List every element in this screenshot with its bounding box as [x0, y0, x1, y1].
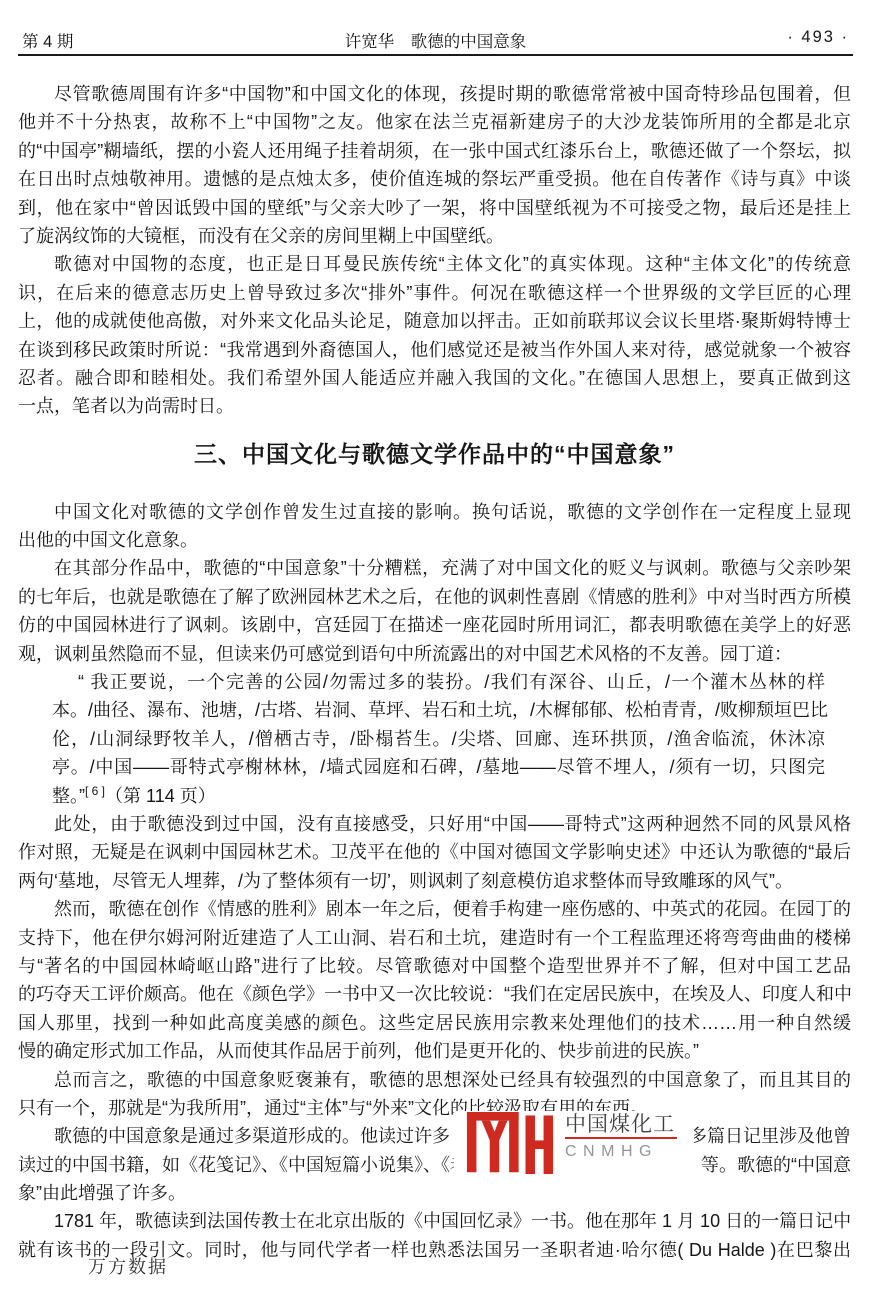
text-line: 在其部分作品中，歌德的“中国意象”十分糟糕，充满了对中国文化的贬义与讽刺。歌德与… [18, 554, 851, 582]
quote-line: “ 我正要说，一个完善的公园/勿需过多的装扮。/我们有深谷、山丘，/一个灌木丛林… [52, 668, 825, 696]
watermark-text: 中国煤化工 CNMHG [565, 1111, 677, 1161]
quote-block: “ 我正要说，一个完善的公园/勿需过多的装扮。/我们有深谷、山丘，/一个灌木丛林… [52, 668, 825, 810]
quote-line: 本。/曲径、瀑布、池塘，/古塔、岩洞、草坪、岩石和土坑，/木樨郁郁、松柏青青，/… [52, 696, 825, 724]
text-line: 总而言之，歌德的中国意象贬褒兼有，歌德的思想深处已经具有较强烈的中国意象了，而且… [18, 1066, 851, 1094]
text-line: 国人那里，找到一种如此高度美感的颜色。这些定居民族用宗教来处理他们的技术……用一… [18, 1009, 851, 1037]
text-line: 只有一个，那就是“为我所用”，通过“主体”与“外来”文化的比较汲取有用的东西。 [18, 1094, 851, 1122]
text-line: 识，在后来的德意志历史上曾导致过多次“排外”事件。何况在歌德这样一个世界级的文学… [18, 279, 851, 307]
text-line: 到，他在家中“曾因诋毁中国的壁纸”与父亲大吵了一架，将中国壁纸视为不可接受之物，… [18, 194, 851, 222]
text-line: 忍者。融合即和睦相处。我们希望外国人能适应并融入我国的文化。”在德国人思想上，要… [18, 364, 851, 392]
header-rule [18, 54, 853, 56]
split-line-left: 象”由此增强了许多。 [18, 1179, 186, 1207]
wanfang-watermark: 万方数据 [88, 1253, 168, 1279]
running-title: 许宽华 歌德的中国意象 [18, 28, 853, 52]
text-line-split: 象”由此增强了许多。 [18, 1179, 851, 1207]
cnmhg-logo-icon [466, 1112, 554, 1174]
footnote-ref: [ 6 ] [85, 784, 105, 798]
footnote-page-ref: （第 114 页） [105, 786, 216, 806]
scanned-paper-page: 第 4 期 许宽华 歌德的中国意象 · 493 · 尽管歌德周围有许多“中国物”… [0, 0, 871, 1300]
split-line-left: 读过的中国书籍，如《花笺记》、《中国短篇小说集》、《老生 [18, 1151, 486, 1179]
text-line: 两句‘墓地，尽管无人埋葬，/为了整体须有一切’，则讽刺了刻意模仿追求整体而导致雕… [18, 867, 851, 895]
text-line: 慢的确定形式加工作品，从而使其作品居于前列，他们是更开化的、快步前进的民族。” [18, 1037, 851, 1065]
text-line: 了旋涡纹饰的大镜框，而没有在父亲的房间里糊上中国壁纸。 [18, 222, 851, 250]
text-line: 仿的中国园林进行了讽刺。该剧中，宫廷园丁在描述一座花园时所用词汇，都表明歌德在美… [18, 611, 851, 639]
text-line: 1781 年，歌德读到法国传教士在北京出版的《中国回忆录》一书。他在那年 1 月… [18, 1207, 851, 1235]
text-line: 与“著名的中国园林崎岖山路”进行了比较。尽管歌德对中国整个造型世界并不了解，但对… [18, 952, 851, 980]
quote-end-text: 整。” [52, 786, 85, 806]
page-number: · 493 · [787, 28, 849, 47]
split-line-left: 歌德的中国意象是通过多渠道形成的。他读过许多 [54, 1122, 450, 1150]
text-line: 他并不十分热衷，故称不上“中国物”之友。他家在法兰克福新建房子的大沙龙装饰所用的… [18, 108, 851, 136]
quote-last-line: 整。”[ 6 ]（第 114 页） [52, 782, 825, 810]
text-line: 然而，歌德在创作《情感的胜利》剧本一年之后，便着手构建一座伤感的、中英式的花园。… [18, 895, 851, 923]
text-line-split: 歌德的中国意象是通过多渠道形成的。他读过许多多篇日记里涉及他曾 [18, 1122, 851, 1150]
split-line-right: 多篇日记里涉及他曾 [689, 1122, 851, 1150]
text-line: 此处，由于歌德没到过中国，没有直接感受，只好用“中国——哥特式”这两种迥然不同的… [18, 810, 851, 838]
text-line: 中国文化对歌德的文学创作曾发生过直接的影响。换句话说，歌德的文学创作在一定程度上… [18, 498, 851, 526]
text-line: 尽管歌德周围有许多“中国物”和中国文化的体现，孩提时期的歌德常常被中国奇特珍品包… [18, 80, 851, 108]
text-line: 作对照，无疑是在讽刺中国园林艺术。卫茂平在他的《中国对德国文学影响史述》中还认为… [18, 838, 851, 866]
text-line: 上，他的成就使他高傲，对外来文化品头论足，随意加以抨击。正如前联邦议会议长里塔·… [18, 307, 851, 335]
text-line: 歌德对中国物的态度，也正是日耳曼民族传统“主体文化”的真实体现。这种“主体文化”… [18, 250, 851, 278]
cnmhg-watermark: 中国煤化工 CNMHG [454, 1111, 694, 1183]
page-header: 第 4 期 许宽华 歌德的中国意象 · 493 · [18, 28, 853, 50]
split-line-right: 》等。歌德的“中国意 [683, 1151, 851, 1179]
quote-line: 伦，/山洞绿野牧羊人，/僧栖古寺，/卧榻苔生。/尖塔、回廊、连环拱顶，/渔舍临流… [52, 725, 825, 753]
text-line: 的七年后，也就是歌德在了解了欧洲园林艺术之后，在他的讽刺性喜剧《情感的胜利》中对… [18, 583, 851, 611]
article-body: 尽管歌德周围有许多“中国物”和中国文化的体现，孩提时期的歌德常常被中国奇特珍品包… [18, 80, 851, 1264]
text-line: 支持下，他在伊尔姆河附近建造了人工山洞、岩石和土坑，建造时有一个工程监理还将弯弯… [18, 924, 851, 952]
text-line: 一点，笔者以为尚需时日。 [18, 392, 851, 420]
text-line: 出他的中国文化意象。 [18, 526, 851, 554]
text-line: 观，讽刺虽然隐而不显，但读来仍可感觉到语句中所流露出的对中国艺术风格的不友善。园… [18, 640, 851, 668]
watermark-org-abbr: CNMHG [565, 1142, 677, 1161]
text-line-split: 读过的中国书籍，如《花笺记》、《中国短篇小说集》、《老生》等。歌德的“中国意 [18, 1151, 851, 1179]
text-line: 的“中国亭”糊墙纸，摆的小瓷人还用绳子挂着胡须，在一张中国式红漆乐台上，歌德还做… [18, 137, 851, 165]
watermark-underline [565, 1137, 677, 1139]
quote-line: 亭。/中国——哥特式亭榭林林，/墙式园庭和石碑，/墓地——尽管不埋人，/须有一切… [52, 753, 825, 781]
text-line: 在谈到移民政策时所说：“我常遇到外裔德国人，他们感觉还是被当作外国人来对待，感觉… [18, 336, 851, 364]
section-heading: 三、中国文化与歌德文学作品中的“中国意象” [18, 436, 851, 472]
text-line: 在日出时点烛敬神用。遗憾的是点烛太多，使价值连城的祭坛严重受损。他在自传著作《诗… [18, 165, 851, 193]
text-line: 的巧夺天工评价颇高。他在《颜色学》一书中又一次比较说：“我们在定居民族中，在埃及… [18, 980, 851, 1008]
watermark-org-name: 中国煤化工 [565, 1113, 677, 1137]
